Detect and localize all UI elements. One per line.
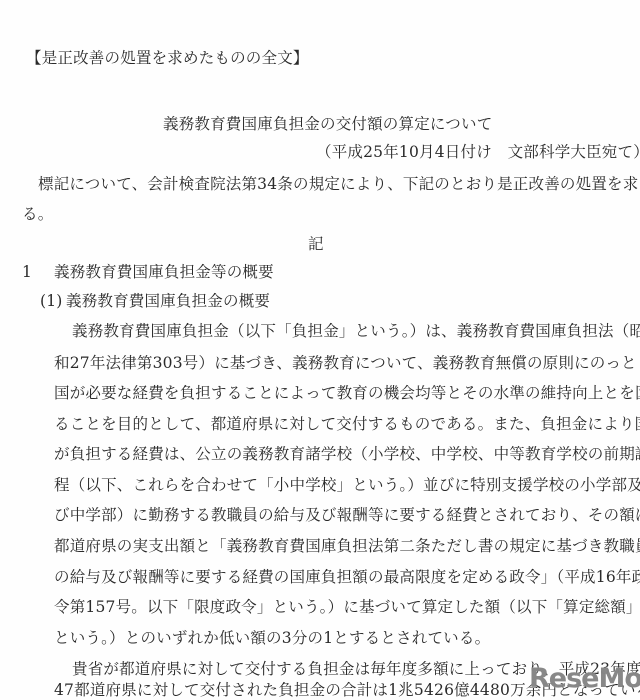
watermark-text: ReseMom: [529, 663, 640, 694]
paragraph-line: び中学部）に勤務する教職員の給与及び報酬等に要する経費とされており、その額は、: [54, 505, 640, 525]
bracket-heading: 【是正改善の処置を求めたものの全文】: [26, 48, 309, 68]
paragraph-line: の給与及び報酬等に要する経費の国庫負担額の最高限度を定める政令」（平成16年政: [54, 567, 640, 587]
subsection-title: 義務教育費国庫負担金の概要: [66, 292, 270, 310]
subsection-heading: (1)義務教育費国庫負担金の概要: [40, 291, 270, 311]
subsection-number: (1): [40, 291, 66, 311]
section-number: 1: [22, 262, 54, 282]
section-title: 義務教育費国庫負担金等の概要: [54, 263, 274, 281]
paragraph-line: 程（以下、これらを合わせて「小中学校」という。）並びに特別支援学校の小学部及: [54, 475, 640, 495]
paragraph-line: ることを目的として、都道府県に対して交付するものである。また、負担金により国: [54, 414, 640, 434]
paragraph-line: という。）とのいずれか低い額の3分の1とするとされている。: [54, 628, 490, 648]
intro-line: 標記について、会計検査院法第34条の規定により、下記のとおり是正改善の処置を求め: [38, 174, 640, 194]
section-heading: 1義務教育費国庫負担金等の概要: [22, 262, 274, 282]
paragraph-line: 国が必要な経費を負担することによって教育の機会均等とその水準の維持向上とを図: [54, 383, 640, 403]
paragraph-line: が負担する経費は、公立の義務教育諸学校（小学校、中学校、中等教育学校の前期課: [54, 444, 640, 464]
document-title: 義務教育費国庫負担金の交付額の算定について: [163, 114, 492, 134]
intro-line: る。: [22, 204, 53, 224]
ki-marker: 記: [308, 234, 324, 254]
resemom-watermark-logo: ReseMom リセマム: [529, 664, 640, 694]
paragraph-line: 令第157号。以下「限度政令」という。）に基づいて算定した額（以下「算定総額」: [54, 597, 640, 617]
paragraph-line: 義務教育費国庫負担金（以下「負担金」という。）は、義務教育費国庫負担法（昭: [72, 321, 640, 341]
paragraph-line: 都道府県の実支出額と「義務教育費国庫負担法第二条ただし書の規定に基づき教職員: [54, 536, 640, 556]
dateline: （平成25年10月4日付け 文部科学大臣宛て）: [316, 142, 640, 162]
paragraph-line: 和27年法律第303号）に基づき、義務教育について、義務教育無償の原則にのっとり…: [54, 353, 640, 373]
